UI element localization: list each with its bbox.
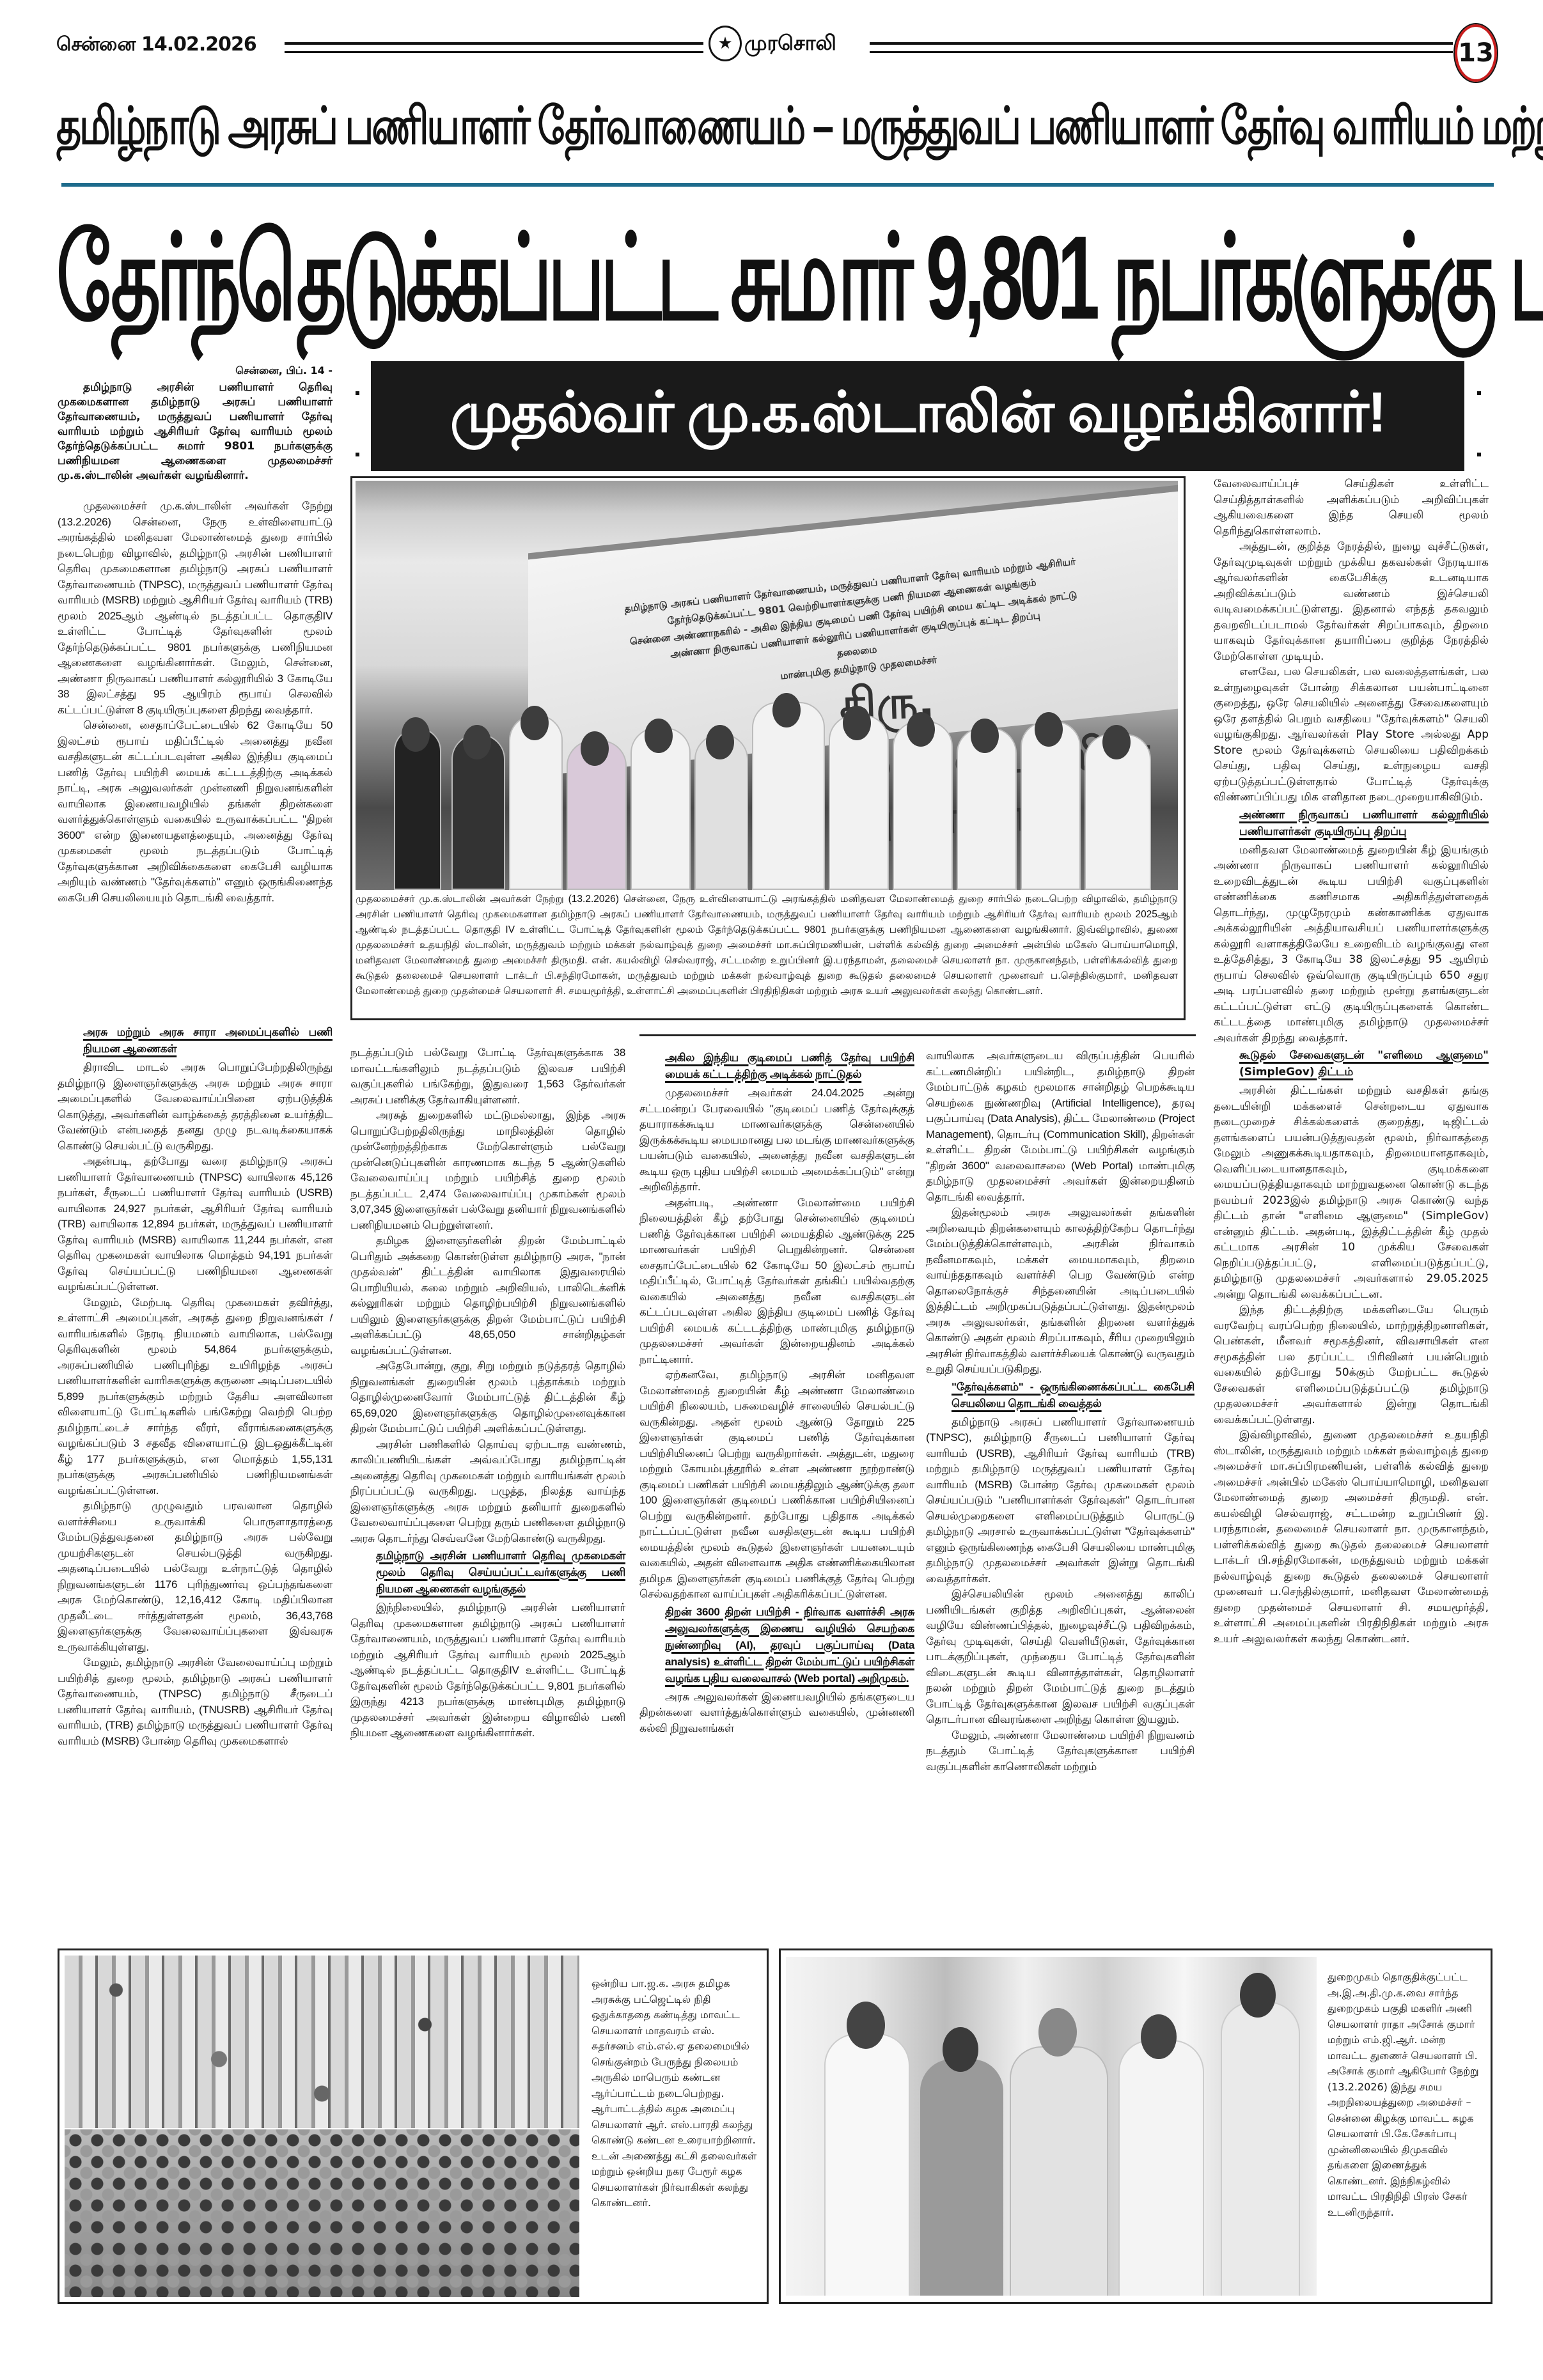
article-column-5-top: வேலைவாய்ப்புச் செய்திகள் உள்ளிட்ட செய்தி… bbox=[1214, 476, 1489, 1647]
sub-headline-banner: முதல்வர் மு.க.ஸ்டாலின் வழங்கினார்! bbox=[371, 361, 1464, 471]
article-column-1-bottom: அரசு மற்றும் அரசு சாரா அமைப்புகளில் பணி … bbox=[58, 1023, 333, 1749]
main-event-photo: தமிழ்நாடு அரசுப் பணியாளர் தேர்வாணையம், ம… bbox=[356, 481, 1178, 890]
paragraph: மேலும், மேற்படி தெரிவு முகமைகள் தவிர்த்த… bbox=[58, 1295, 333, 1499]
paragraph: தமிழக இளைஞர்களின் திறன் மேம்பாட்டில் பெர… bbox=[350, 1233, 625, 1358]
paragraph: முதலமைச்சர் அவர்கள் 24.04.2025 அன்று சட்… bbox=[639, 1085, 914, 1195]
paragraph: மனிதவள மேலாண்மைத் துறையின் கீழ் இயங்கும்… bbox=[1214, 843, 1489, 1046]
paragraph: எனவே, பல செயலிகள், பல வலைத்தளங்கள், பல உ… bbox=[1214, 664, 1489, 805]
paragraph: இச்செயலியின் மூலம் அனைத்து காலிப் பணியிட… bbox=[926, 1587, 1194, 1728]
paragraph: மேலும், தமிழ்நாடு அரசின் வேலைவாய்ப்பு மற… bbox=[58, 1655, 333, 1749]
banner-bracket-left bbox=[356, 391, 359, 456]
article-column-1-top: முதலமைச்சர் மு.க.ஸ்டாலின் அவர்கள் நேற்று… bbox=[58, 499, 333, 906]
photo-caption: முதலமைச்சர் மு.க.ஸ்டாலின் அவர்கள் நேற்று… bbox=[356, 892, 1178, 999]
section-heading: அகில இந்திய குடிமைப் பணித் தேர்வு பயிற்ச… bbox=[639, 1050, 914, 1083]
section-heading: அரசு மற்றும் அரசு சாரா அமைப்புகளில் பணி … bbox=[58, 1024, 333, 1057]
party-joining-photo bbox=[786, 1957, 1317, 2296]
section-heading: அண்ணா நிருவாகப் பணியாளர் கல்லூரியில் பணி… bbox=[1214, 807, 1489, 840]
paragraph: முதலமைச்சர் மு.க.ஸ்டாலின் அவர்கள் நேற்று… bbox=[58, 499, 333, 718]
paragraph: தமிழ்நாடு அரசுப் பணியாளர் தேர்வாணையம் (T… bbox=[926, 1415, 1194, 1587]
masthead-paper-name: முரசொலி bbox=[744, 31, 836, 58]
article-column-4: வாயிலாக அவர்களுடைய விருப்பத்தின் பெயரில்… bbox=[926, 1048, 1194, 1775]
person-figure bbox=[394, 727, 441, 890]
kicker-headline: தமிழ்நாடு அரசுப் பணியாளர் தேர்வாணையம் – … bbox=[56, 96, 1495, 163]
paragraph: வாயிலாக அவர்களுடைய விருப்பத்தின் பெயரில்… bbox=[926, 1048, 1194, 1205]
paragraph: அத்துடன், குறித்த நேரத்தில், நுழை வுச்சீ… bbox=[1214, 539, 1489, 664]
bottom-left-story: ஒன்றிய பா.ஜ.க. அரசு தமிழக அரசுக்கு பட்ஜெ… bbox=[58, 1948, 769, 2304]
paragraph: மேலும், அண்ணா மேலாண்மை பயிற்சி நிறுவனம் … bbox=[926, 1728, 1194, 1775]
paragraph: இவ்விழாவில், துணை முதலமைச்சர் உதயநிதி ஸ்… bbox=[1214, 1427, 1489, 1647]
article-column-3: அகில இந்திய குடிமைப் பணித் தேர்வு பயிற்ச… bbox=[639, 1048, 914, 1736]
paragraph: திராவிட மாடல் அரசு பொறுப்பேற்றதிலிருந்து… bbox=[58, 1060, 333, 1154]
bottom-right-caption: துறைமுகம் தொகுதிக்குட்பட்ட அ.இ.அ.தி.மு.க… bbox=[1328, 1970, 1484, 2220]
masthead-date: சென்னை 14.02.2026 bbox=[56, 33, 256, 58]
paragraph: அரசுத் துறைகளில் மட்டுமல்லாது, இந்த அரசு… bbox=[350, 1108, 625, 1233]
paragraph: இந்த திட்டத்திற்கு மக்களிடையே பெரும் வரவ… bbox=[1214, 1302, 1489, 1427]
masthead-rule-left bbox=[285, 42, 703, 53]
paragraph: நடத்தப்படும் பல்வேறு போட்டி தேர்வுகளுக்க… bbox=[350, 1045, 625, 1108]
protest-photo-top bbox=[65, 1956, 579, 2128]
paragraph: இதன்மூலம் அரசு அலுவலர்கள் தங்களின் அறிவை… bbox=[926, 1205, 1194, 1378]
paragraph: அரசு அலுவலர்கள் இணையவழியில் தங்களுடைய தி… bbox=[639, 1690, 914, 1737]
person-figure bbox=[509, 715, 563, 890]
paragraph: சென்னை, சைதாப்பேட்டையில் 62 கோடியே 50 இல… bbox=[58, 718, 333, 906]
paragraph: அதேபோன்று, குறு, சிறு மற்றும் நடுத்தரத் … bbox=[350, 1358, 625, 1437]
bottom-left-caption: ஒன்றிய பா.ஜ.க. அரசு தமிழக அரசுக்கு பட்ஜெ… bbox=[591, 1976, 758, 2211]
paragraph: இந்நிலையில், தமிழ்நாடு அரசின் பணியாளர் த… bbox=[350, 1600, 625, 1741]
paragraph: ஏற்கனவே, தமிழ்நாடு அரசின் மனிதவள மேலாண்ம… bbox=[639, 1367, 914, 1603]
paragraph: தமிழ்நாடு முழுவதும் பரவலான தொழில் வளர்ச்… bbox=[58, 1498, 333, 1655]
page-number-badge: 13 bbox=[1455, 24, 1497, 82]
elephant-emblem-icon: ★ bbox=[709, 26, 742, 61]
section-heading: தமிழ்நாடு அரசின் பணியாளர் தெரிவு முகமைகள… bbox=[350, 1548, 625, 1598]
article-column-2: நடத்தப்படும் பல்வேறு போட்டி தேர்வுகளுக்க… bbox=[350, 1045, 625, 1741]
person-figure bbox=[829, 715, 889, 890]
protest-photo-bottom bbox=[65, 2129, 579, 2297]
paragraph: அதன்படி, அண்ணா மேலாண்மை பயிற்சி நிலையத்த… bbox=[639, 1195, 914, 1368]
paragraph: வேலைவாய்ப்புச் செய்திகள் உள்ளிட்ட செய்தி… bbox=[1214, 476, 1489, 539]
section-divider bbox=[639, 1034, 1196, 1036]
paragraph: அதன்படி, தற்போது வரை தமிழ்நாடு அரசுப் பண… bbox=[58, 1154, 333, 1295]
section-heading: திறன் 3600 திறன் பயிற்சி - நிர்வாக வளர்ச… bbox=[639, 1604, 914, 1687]
section-heading: "தேர்வுக்களம்" - ஒருங்கிணைக்கப்பட்ட கைபே… bbox=[926, 1379, 1194, 1412]
masthead-rule-right bbox=[870, 42, 1453, 53]
paragraph: அரசின் பணிகளில் தொய்வு ஏற்படாத வண்ணம், க… bbox=[350, 1437, 625, 1547]
section-heading: கூடுதல் சேவைகளுடன் "எளிமை ஆளுமை" (Simple… bbox=[1214, 1047, 1489, 1080]
article-lede: தமிழ்நாடு அரசின் பணியாளர் தெரிவு முகமைகள… bbox=[58, 380, 333, 483]
dateline: சென்னை, பிப். 14 - bbox=[58, 364, 333, 378]
person-figure bbox=[752, 702, 825, 890]
banner-bracket-right bbox=[1477, 391, 1481, 456]
main-headline: தேர்ந்தெடுக்கப்பட்ட சுமார் 9,801 நபர்களு… bbox=[56, 164, 1495, 393]
bottom-right-story: துறைமுகம் தொகுதிக்குட்பட்ட அ.இ.அ.தி.மு.க… bbox=[779, 1948, 1492, 2304]
paragraph: அரசின் திட்டங்கள் மற்றும் வசதிகள் தங்கு … bbox=[1214, 1083, 1489, 1302]
